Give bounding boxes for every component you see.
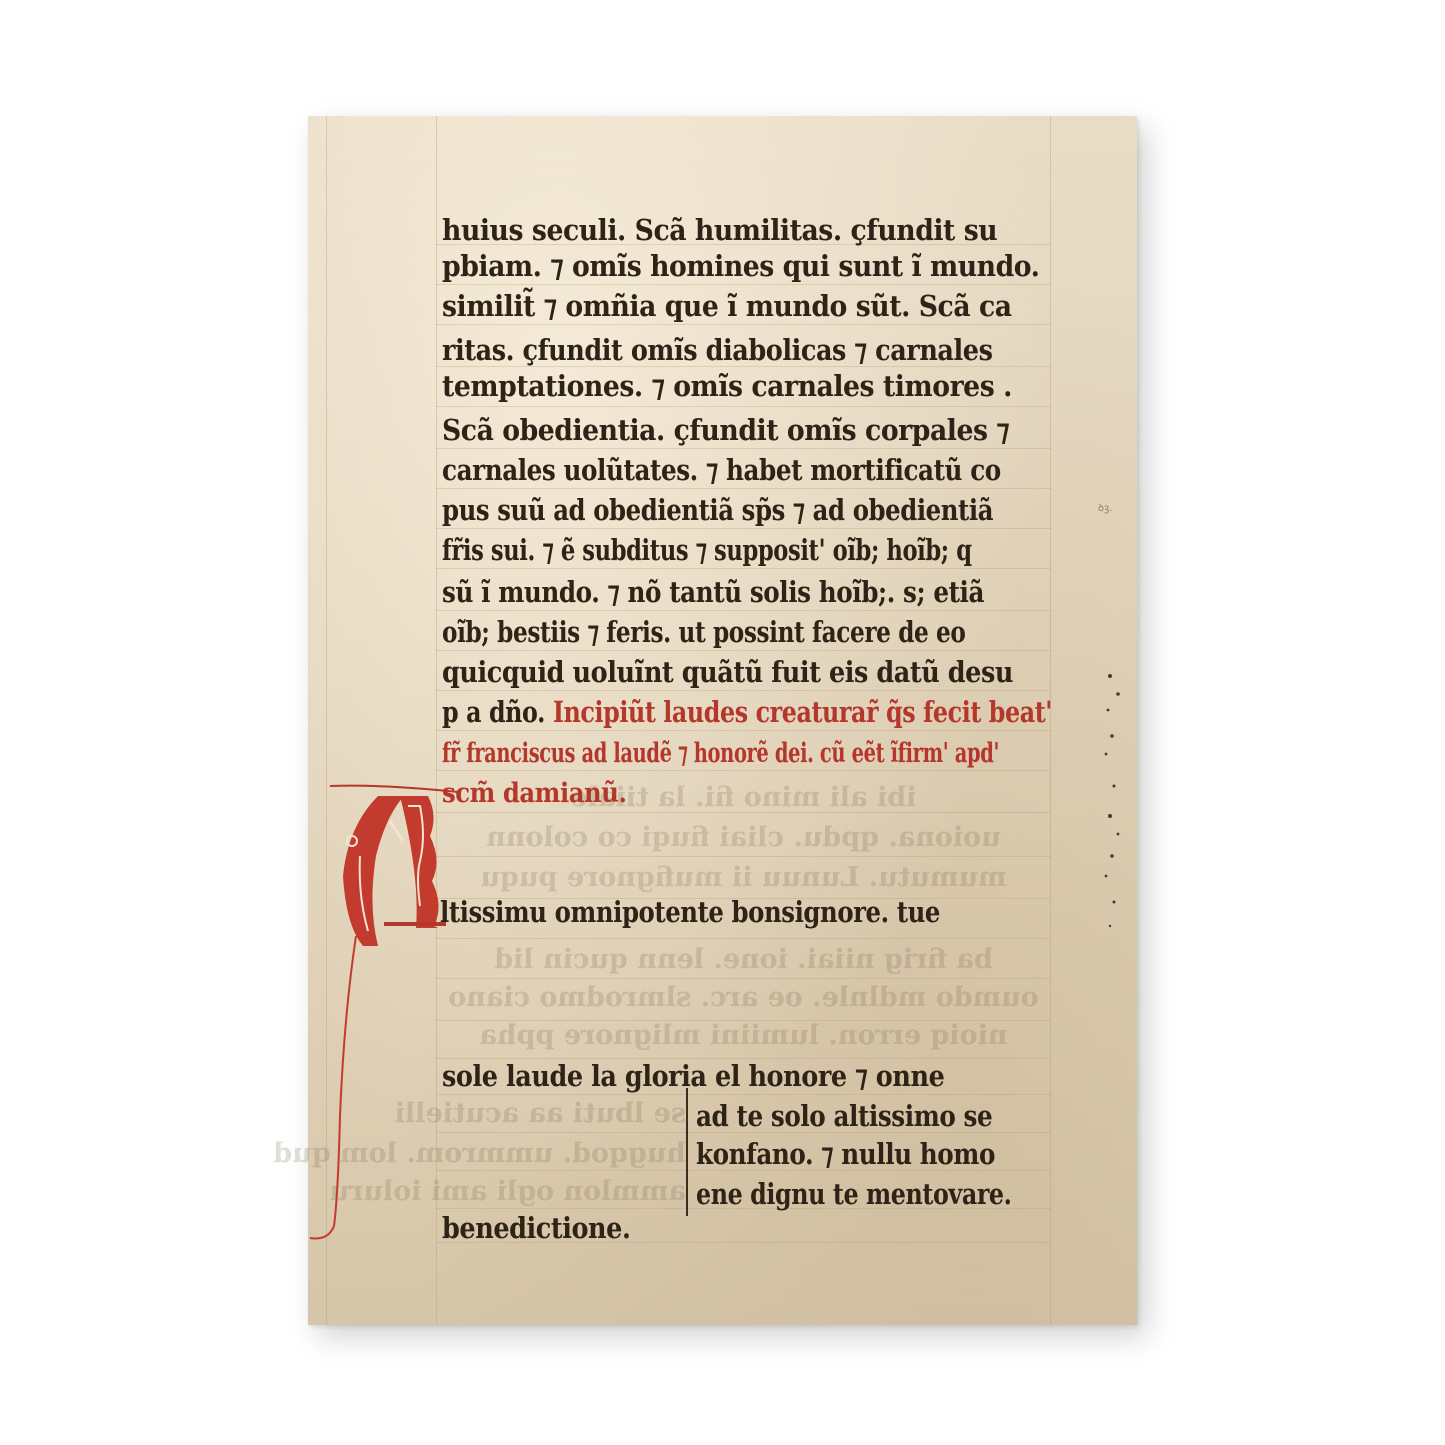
ruling-line bbox=[436, 978, 1051, 979]
ruling-line bbox=[436, 938, 1051, 939]
show-through-text: uoiona. qpdu. cliai fiuqi co colonn bbox=[436, 822, 1051, 853]
show-through-text: nioiq erron. lumiini mlignore ppha bbox=[436, 1020, 1051, 1051]
ruling-line bbox=[436, 528, 1051, 529]
show-through-text: oumdo mdlnle. oe arc. slmrodmo ciano bbox=[436, 982, 1051, 1013]
rubric-line: scm̃ damianũ. bbox=[442, 780, 626, 807]
ruling-line bbox=[436, 488, 1051, 489]
ruling-line bbox=[436, 1094, 1051, 1095]
ruling-line bbox=[436, 568, 1051, 569]
show-through-text: mumutu. Lunuu ii mufignore puqu bbox=[436, 862, 1051, 893]
ruling-line bbox=[436, 324, 1051, 325]
canticle-line: ene dignu te mentovare. bbox=[696, 1180, 1012, 1209]
text-line: similit̃ ⁊ omñia que ĩ mundo sũt. Scã ca bbox=[442, 292, 1012, 321]
text-line: carnales uolũtates. ⁊ habet mortificatũ … bbox=[442, 456, 1001, 485]
ruling-line bbox=[436, 284, 1051, 285]
bracket-line bbox=[686, 1088, 688, 1216]
ruling-line bbox=[436, 448, 1051, 449]
text-line: fr̃is sui. ⁊ ẽ subditus ⁊ supposit' oĩb;… bbox=[442, 536, 972, 565]
show-through-text: ammlon ogli ami ioluru bbox=[436, 1176, 686, 1207]
canticle-line: konfano. ⁊ nullu homo bbox=[696, 1140, 995, 1169]
ruling-line bbox=[436, 406, 1051, 407]
margin-note: ꝺꝫ. bbox=[1098, 500, 1112, 514]
ruling-line bbox=[436, 770, 1051, 771]
manuscript-page: ibi ali mino fii. la tiiale uoiona. qpdu… bbox=[308, 116, 1137, 1325]
ruling-line bbox=[436, 730, 1051, 731]
rubric-line: fr̃ franciscus ad laudẽ ⁊ honorẽ dei. cũ… bbox=[442, 740, 999, 767]
show-through-text: se lbuti aa acutielli bbox=[436, 1098, 686, 1129]
ruling-line bbox=[436, 690, 1051, 691]
canticle-line: ad te solo altissimo se bbox=[696, 1102, 992, 1131]
canticle-first-line: ltissimu omnipotente bonsignore. tue bbox=[440, 898, 940, 927]
rubric-start-line: p a dño. Incipiũt laudes creaturar̃ q̃s … bbox=[442, 698, 1052, 727]
canticle-line: sole laude la gloria el honore ⁊ onne bbox=[442, 1062, 944, 1091]
ruling-line bbox=[436, 650, 1051, 651]
text-line: ritas. çfundit omĩs diabolicas ⁊ carnale… bbox=[442, 336, 993, 365]
show-through-text: ba firig niiai. ione. lenn qucin lid bbox=[436, 944, 1051, 975]
ruling-line bbox=[436, 610, 1051, 611]
rubric-heading: Incipiũt laudes creaturar̃ q̃s fecit bea… bbox=[553, 695, 1052, 729]
text-line: huius seculi. Scã humilitas. çfundit su bbox=[442, 216, 997, 245]
text-line: oĩb; bestiis ⁊ feris. ut possint facere … bbox=[442, 618, 965, 647]
marginal-flecks bbox=[1098, 666, 1138, 946]
text-line: pbiam. ⁊ omĩs homines qui sunt ĩ mundo. bbox=[442, 252, 1039, 281]
text-line: sũ ĩ mundo. ⁊ nõ tantũ solis hoĩb;. s; e… bbox=[442, 578, 984, 607]
text-line: Scã obedientia. çfundit omĩs corpales ⁊ bbox=[442, 416, 1009, 445]
ruling-line bbox=[436, 856, 1051, 857]
canticle-line: benedictione. bbox=[442, 1214, 630, 1243]
text-line: pus suũ ad obedientiã sp̃s ⁊ ad obedient… bbox=[442, 496, 993, 525]
text-line: temptationes. ⁊ omĩs carnales timores . bbox=[442, 372, 1012, 401]
text-line: quicquid uoluĩnt quãtũ fuit eis datũ des… bbox=[442, 658, 1013, 687]
show-through-text: hugqod. ummrom. lom qud bbox=[436, 1138, 686, 1169]
